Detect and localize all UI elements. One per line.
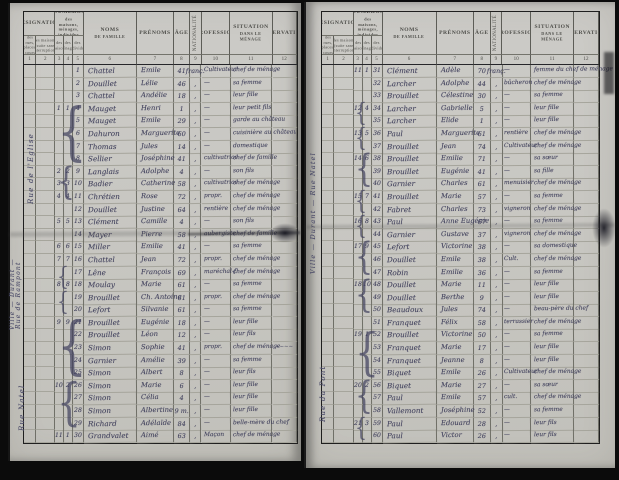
column-number: 10	[202, 55, 231, 64]
header-profession: PROFESSION	[502, 12, 531, 55]
cell-age: 8	[474, 355, 491, 368]
cell-surname: Garnier	[84, 354, 137, 367]
cell-profession: propr.	[202, 292, 231, 305]
cell-position-in-household: sa fille	[531, 165, 574, 178]
cell-nationality: ,	[190, 128, 202, 141]
cell-house-designation	[334, 103, 353, 116]
cell-nationality: ,	[190, 380, 202, 393]
cell-profession: —	[202, 304, 231, 317]
cell-age: 26	[474, 430, 491, 443]
cell-nationality: ,	[190, 241, 202, 254]
cell-nationality: ,	[190, 392, 202, 405]
cell-firstname: Silvanie	[137, 304, 174, 317]
cell-street	[322, 292, 334, 305]
cell-age: 36	[474, 266, 491, 279]
cell-surname: Brouillet	[383, 140, 437, 153]
cell-nationality: ,	[190, 266, 202, 279]
cell-surname: Beaudoux	[383, 304, 437, 317]
cell-observations	[574, 166, 599, 179]
cell-firstname: Joséphine	[437, 405, 475, 418]
cell-firstname: Marie	[437, 279, 475, 292]
header-numeros-individus: des individus	[73, 36, 84, 55]
cell-house-designation	[334, 317, 353, 330]
cell-age: 41	[474, 166, 491, 179]
cell-profession: vigneron	[502, 229, 531, 242]
header-observations: OBSERVATIONS	[273, 12, 297, 55]
household-brace-mark: {	[355, 276, 373, 314]
household-brace-mark: {	[355, 150, 373, 188]
cell-age: 61	[474, 128, 491, 141]
cell-profession: —	[202, 241, 231, 254]
cell-street	[322, 216, 334, 229]
cell-age: 28	[474, 418, 491, 431]
cell-age: 67	[474, 216, 491, 229]
cell-surname: Brouillet	[383, 90, 437, 103]
cell-position-in-household: belle-mère du chef	[230, 417, 272, 430]
cell-street	[322, 304, 334, 317]
household-brace-mark: {	[355, 327, 379, 377]
cell-age: 46	[174, 77, 191, 90]
cell-observations	[574, 405, 599, 418]
cell-individual-number: 34	[371, 103, 382, 116]
street-label: Rue du Pont	[319, 350, 327, 438]
cell-individual-number: 57	[371, 392, 382, 405]
cell-nationality: ,	[190, 367, 202, 380]
header-designation-sub1: des rues, places, cours	[322, 36, 334, 55]
cell-individual-number: 45	[371, 241, 382, 254]
cell-nationality: ,	[190, 203, 202, 216]
cell-firstname: Elide	[437, 115, 475, 128]
cell-age: 27	[474, 380, 491, 393]
cell-individual-number: 49	[371, 292, 382, 305]
cell-surname: Douillet	[383, 254, 437, 267]
cell-observations	[574, 367, 599, 380]
cell-profession: Cultivateur	[502, 140, 531, 153]
cell-house-designation	[36, 317, 55, 330]
cell-nationality: ,	[190, 418, 202, 431]
cell-surname: Paul	[383, 392, 437, 405]
cell-observations	[273, 191, 297, 204]
cell-position-in-household: cuisinière au château	[230, 128, 272, 141]
cell-surname: Simon	[84, 367, 137, 380]
cell-surname: Lefort	[84, 304, 137, 317]
cell-surname: Clément	[383, 65, 437, 78]
cell-profession: —	[202, 279, 231, 292]
cell-house-designation	[334, 342, 353, 355]
cell-position-in-household: sa femme	[230, 77, 272, 90]
cell-individual-number: 19	[73, 292, 84, 305]
table-header: DÉSIGNATION des rues, places, cours des …	[24, 12, 297, 65]
cell-profession: —	[202, 140, 231, 153]
cell-profession: —	[202, 367, 231, 380]
cell-nationality: ,	[491, 329, 503, 342]
column-number: 6	[383, 55, 437, 64]
cell-street	[322, 254, 334, 267]
cell-house-designation	[36, 216, 55, 229]
cell-house-designation	[36, 418, 55, 431]
cell-firstname: Gustave	[437, 228, 475, 241]
cell-surname: Larcher	[383, 115, 437, 128]
cell-profession: —	[502, 405, 531, 418]
cell-street	[322, 65, 334, 78]
cell-age: 61	[474, 178, 491, 191]
cell-surname: Brouillet	[383, 165, 437, 178]
cell-surname: Douillet	[383, 291, 437, 304]
cell-surname: Garnier	[383, 178, 437, 191]
cell-profession: —	[502, 191, 531, 204]
table-header: DÉSIGNATION des rues, places, cours des …	[322, 12, 599, 65]
cell-observations	[273, 279, 297, 292]
cell-profession: —	[202, 103, 231, 116]
cell-observations	[574, 128, 599, 141]
column-number: 9	[190, 55, 201, 64]
cell-observations	[273, 380, 297, 393]
cell-house-designation	[334, 65, 353, 78]
cell-profession: —	[202, 166, 231, 179]
cell-house-designation	[36, 342, 55, 355]
cell-position-in-household: leur fils	[230, 329, 272, 342]
cell-position-in-household: chef de ménage	[230, 266, 272, 279]
cell-nationality: ,	[190, 317, 202, 330]
header-situation: SITUATIONDANS LE MÉNAGE	[230, 12, 272, 55]
cell-observations	[574, 342, 599, 355]
cell-surname: Thomas	[84, 140, 137, 153]
column-number: 10	[502, 55, 531, 64]
cell-age: 38	[474, 254, 491, 267]
cell-firstname: Léon	[137, 329, 174, 342]
cell-street	[322, 103, 334, 116]
cell-position-in-household: domestique	[230, 140, 272, 153]
cell-age: 57	[474, 191, 491, 204]
cell-age: 73	[474, 203, 491, 216]
cell-surname: Franquet	[383, 354, 437, 367]
cell-observations	[574, 140, 599, 153]
cell-nationality: ,	[491, 380, 503, 393]
cell-position-in-household: sa femme	[230, 304, 272, 317]
cell-nationality: ,	[491, 90, 503, 103]
cell-house-designation	[334, 115, 353, 128]
cell-street	[322, 317, 334, 330]
cell-house-designation	[36, 430, 55, 443]
cell-profession: —	[502, 304, 531, 317]
cell-surname: Franquet	[383, 342, 437, 355]
cell-individual-number: 42	[371, 203, 382, 216]
register-page-right: DÉSIGNATION des rues, places, cours des …	[304, 2, 615, 468]
cell-firstname: Charles	[437, 178, 475, 191]
cell-profession: Cultivateur	[502, 367, 531, 380]
cell-position-in-household: leur fils	[531, 430, 574, 443]
cell-house-designation	[334, 267, 353, 280]
cell-individual-number: 36	[371, 128, 382, 141]
cell-age: 61	[174, 279, 191, 292]
cell-age: 41	[174, 241, 191, 254]
cell-surname: Larcher	[383, 102, 437, 115]
cell-firstname: Aimé	[137, 430, 174, 443]
column-number: 8	[174, 55, 190, 64]
column-number: 1	[24, 55, 36, 64]
cell-street	[322, 329, 334, 342]
cell-firstname: Justine	[137, 203, 174, 216]
cell-observations	[273, 241, 297, 254]
cell-street	[24, 304, 36, 317]
cell-firstname: Emile	[437, 392, 475, 405]
cell-individual-number: 47	[371, 266, 382, 279]
cell-surname: Brouillet	[84, 329, 137, 342]
cell-position-in-household: chef de famille	[230, 153, 272, 166]
cell-age: 30	[474, 90, 491, 103]
cell-position-in-household: chef de ménage	[230, 254, 272, 267]
cell-firstname: Berthe	[437, 291, 475, 304]
header-profession: PROFESSION	[202, 12, 231, 55]
cell-profession: —	[502, 115, 531, 128]
cell-house-designation	[36, 279, 55, 292]
household-braces: {{{{{{{{{{	[355, 63, 367, 443]
cell-house-designation	[334, 178, 353, 191]
cell-observations	[574, 65, 599, 78]
cell-firstname: Jeanne	[437, 354, 475, 367]
cell-observations	[574, 77, 599, 90]
cell-nationality: ,	[491, 279, 503, 292]
cell-street	[322, 267, 334, 280]
cell-nationality: ,	[190, 279, 202, 292]
cell-age: 84	[174, 418, 191, 431]
cell-firstname: Jules	[137, 140, 174, 153]
cell-profession: —	[202, 216, 231, 229]
cell-profession: —	[502, 279, 531, 292]
household-brace-mark: {	[57, 163, 75, 201]
cell-age: 58	[174, 178, 191, 191]
cell-profession: —	[502, 342, 531, 355]
cell-age: 71	[474, 153, 491, 166]
header-numeros: NUMÉROSdes maisons, ménages, individus	[55, 12, 83, 36]
cell-profession: —	[502, 103, 531, 116]
cell-position-in-household: leur fille	[531, 115, 574, 128]
cell-observations	[273, 128, 297, 141]
cell-nationality: ,	[491, 405, 503, 418]
cell-position-in-household: chef de ménage	[531, 392, 574, 405]
cell-observations	[273, 203, 297, 216]
cell-street	[322, 166, 334, 179]
cell-nationality: ,	[190, 254, 202, 267]
cell-nationality: ,	[190, 153, 202, 166]
cell-house-designation	[334, 405, 353, 418]
cell-nationality: franç.	[491, 65, 503, 78]
cell-surname: Paul	[383, 128, 437, 141]
cell-age: 72	[174, 191, 191, 204]
cell-profession: —	[202, 380, 231, 393]
cell-house-designation	[36, 392, 55, 405]
cell-nationality: ,	[491, 342, 503, 355]
cell-firstname: Gabrielle	[437, 103, 475, 116]
cell-firstname: Charles	[437, 203, 475, 216]
column-number: 12	[574, 55, 599, 64]
cell-age: 9	[474, 292, 491, 305]
column-number: 7	[137, 55, 174, 64]
cell-position-in-household: chef de ménage	[531, 228, 574, 241]
cell-observations	[273, 266, 297, 279]
cell-position-in-household: chef de ménage	[531, 128, 574, 141]
cell-nationality: ,	[491, 191, 503, 204]
cell-nationality: ,	[491, 153, 503, 166]
cell-observations	[273, 367, 297, 380]
cell-firstname: Adolphe	[137, 166, 174, 179]
cell-observations	[574, 304, 599, 317]
column-number: 7	[437, 55, 474, 64]
cell-nationality: ,	[190, 140, 202, 153]
cell-surname: Lêne	[84, 266, 137, 279]
cell-profession: propr.	[202, 342, 231, 355]
cell-position-in-household: sa sœur	[531, 153, 574, 166]
cell-observations	[273, 229, 297, 242]
cell-surname: Brouillet	[84, 291, 137, 304]
cell-surname: Dahuron	[84, 128, 137, 141]
cell-surname: Brouillet	[383, 153, 437, 166]
cell-age: 11	[474, 279, 491, 292]
column-number: 6	[84, 55, 137, 64]
cell-position-in-household: chef de ménage	[531, 178, 574, 191]
cell-individual-number: 18	[73, 279, 84, 292]
cell-position-in-household: leur fille	[531, 354, 574, 367]
column-number: 5	[372, 55, 383, 64]
cell-age: 18	[174, 90, 191, 103]
cell-house-designation	[36, 115, 55, 128]
cell-house-designation	[334, 90, 353, 103]
cell-position-in-household: son fils	[230, 165, 272, 178]
cell-street	[24, 292, 36, 305]
cell-nationality: ,	[190, 329, 202, 342]
cell-surname: Paul	[383, 417, 437, 430]
cell-individual-number: 44	[371, 229, 382, 242]
cell-observations	[273, 405, 297, 418]
cell-surname: Chattel	[84, 65, 137, 78]
cell-observations	[273, 317, 297, 330]
cell-nationality: ,	[190, 304, 202, 317]
cell-surname: Brouillet	[383, 329, 437, 342]
cell-observations	[574, 355, 599, 368]
cell-surname: Biquet	[383, 367, 437, 380]
column-number: 9	[491, 55, 503, 64]
cell-nationality: ,	[190, 355, 202, 368]
cell-house-designation	[334, 191, 353, 204]
cell-house-designation	[36, 65, 55, 78]
cell-age: 41	[174, 342, 191, 355]
cell-age: 57	[474, 392, 491, 405]
cell-surname: Mayer	[84, 228, 137, 241]
cell-street	[322, 204, 334, 217]
cell-observations	[574, 203, 599, 216]
cell-position-in-household: sa femme	[230, 354, 272, 367]
header-noms: NOMSDE FAMILLE	[383, 12, 437, 55]
cell-observations	[574, 229, 599, 242]
street-label: Rue Natel	[18, 371, 26, 445]
cell-individual-number: 48	[371, 279, 382, 292]
cell-firstname: Anne Eugénie	[437, 216, 475, 229]
cell-profession: menuisier	[502, 178, 531, 191]
cell-age: 5	[474, 103, 491, 116]
cell-profession: bûcheron	[502, 77, 531, 90]
household-brace-mark: {	[355, 377, 373, 415]
column-number: 2	[334, 55, 353, 64]
cell-profession: terrassier	[502, 317, 531, 330]
cell-house-designation	[36, 128, 55, 141]
cell-observations	[574, 329, 599, 342]
cell-position-in-household: chef de ménage	[531, 254, 574, 267]
cell-surname: Larcher	[383, 77, 437, 90]
cell-profession: Cult.	[502, 254, 531, 267]
cell-position-in-household: chef de ménage	[531, 140, 574, 153]
cell-age: 4	[174, 392, 191, 405]
cell-house-designation	[36, 153, 55, 166]
cell-firstname: Adélaïde	[137, 417, 174, 430]
cell-observations	[273, 417, 297, 430]
cell-nationality: ,	[190, 191, 202, 204]
cell-street	[24, 254, 36, 267]
cell-position-in-household: chef de ménage	[230, 65, 272, 78]
cell-firstname: Eugénie	[437, 166, 475, 179]
cell-nationality: ,	[491, 78, 503, 91]
household-brace-mark: {	[355, 100, 367, 125]
cell-house-designation	[334, 166, 353, 179]
cell-house-designation	[36, 178, 55, 191]
cell-age: 39	[174, 355, 191, 368]
cell-profession: propr.	[202, 191, 231, 204]
header-numeros-menages: des ménages	[363, 36, 372, 55]
cell-age: 50	[474, 329, 491, 342]
cell-street	[24, 267, 36, 280]
cell-profession: —	[202, 392, 231, 405]
cell-house-designation	[36, 166, 55, 179]
cell-age: 4	[174, 216, 191, 229]
cell-observations	[273, 355, 297, 368]
cell-nationality: ,	[190, 229, 202, 242]
cell-street	[24, 317, 36, 330]
cell-observations	[273, 292, 297, 305]
cell-firstname: Edouard	[437, 417, 475, 430]
cell-surname: Simon	[84, 405, 137, 418]
cell-age: 63	[174, 430, 191, 443]
header-noms: NOMSDE FAMILLE	[84, 12, 137, 55]
cell-position-in-household: sa femme	[531, 191, 574, 204]
header-age: ÂGE	[474, 12, 491, 55]
cell-position-in-household: son fils	[230, 216, 272, 229]
cell-observations	[574, 103, 599, 116]
cell-position-in-household: sa femme	[531, 329, 574, 342]
cell-house-designation	[36, 380, 55, 393]
cell-surname: Grandvalet	[84, 430, 137, 443]
cell-age: 8	[174, 367, 191, 380]
cell-firstname: Catherine	[137, 178, 174, 191]
cell-observations	[574, 241, 599, 254]
cell-position-in-household: leur petit fils	[230, 103, 272, 116]
cell-nationality: ,	[190, 292, 202, 305]
cell-position-in-household: chef de ménage	[230, 203, 272, 216]
cell-street	[24, 65, 36, 78]
cell-position-in-household: leur fille	[531, 342, 574, 355]
column-number: 1	[322, 55, 334, 64]
cell-street	[322, 78, 334, 91]
cell-house-designation	[334, 380, 353, 393]
cell-firstname: Pierre	[137, 228, 174, 241]
cell-observations	[273, 115, 297, 128]
cell-house-designation	[36, 78, 55, 91]
cell-house-designation	[334, 204, 353, 217]
cell-nationality: ,	[491, 430, 503, 443]
cell-firstname: Eugénie	[137, 317, 174, 330]
cell-surname: Paul	[383, 216, 437, 229]
column-number: 5	[73, 55, 84, 64]
cell-position-in-household: leur fils	[230, 367, 272, 380]
cell-street	[322, 241, 334, 254]
